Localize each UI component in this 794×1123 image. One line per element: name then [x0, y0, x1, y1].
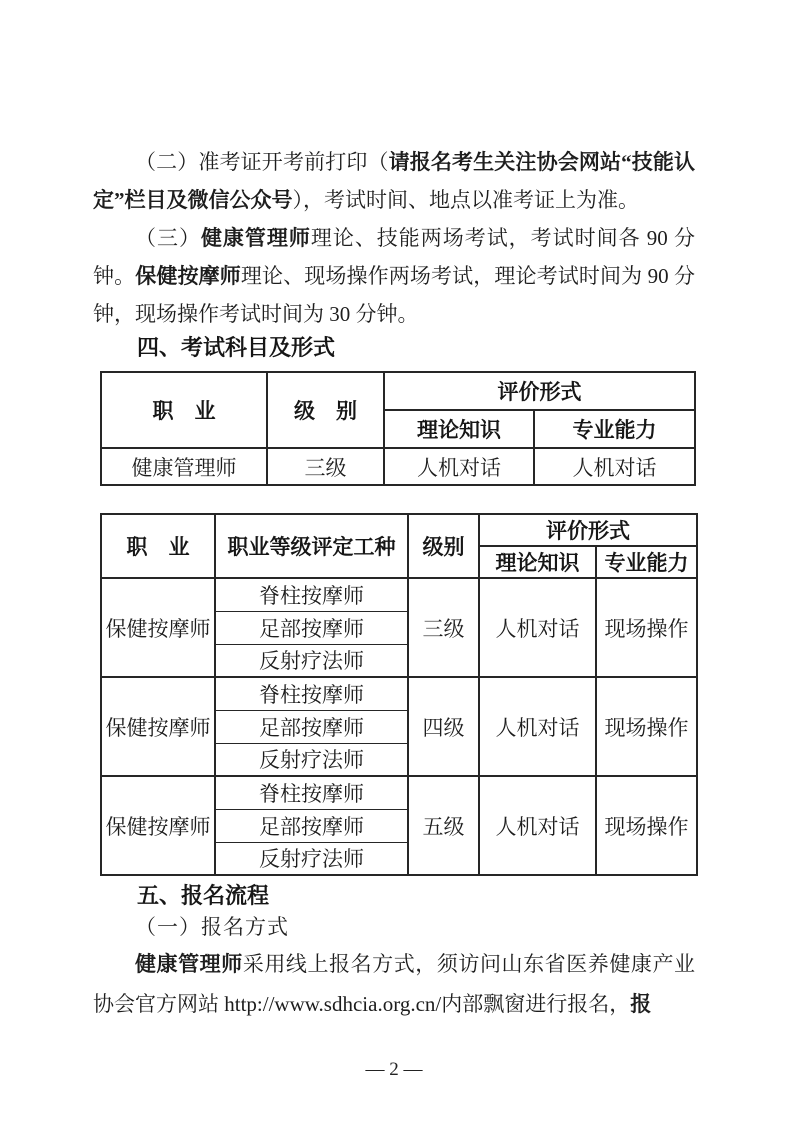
section4-heading: 四、考试科目及形式 [93, 333, 695, 363]
paragraph-text: （二）准考证开考前打印（ [135, 150, 389, 174]
table1-header-occupation: 职 业 [101, 372, 267, 448]
skill-cell: 现场操作 [596, 677, 697, 776]
occupation-cell: 保健按摩师 [101, 776, 215, 875]
section5-heading: 五、报名流程 [93, 882, 695, 910]
paragraph-bold-text: 健康管理师 [201, 226, 311, 250]
theory-cell: 人机对话 [479, 578, 596, 677]
trade-cell: 足部按摩师 [215, 710, 408, 743]
table2-header-theory: 理论知识 [479, 546, 596, 578]
theory-cell: 人机对话 [384, 448, 534, 485]
table2-header-occupation: 职 业 [101, 514, 215, 578]
trade-cell: 脊柱按摩师 [215, 578, 408, 611]
paragraph-admission-ticket: （二）准考证开考前打印（请报名考生关注协会网站“技能认定”栏目及微信公众号），考… [93, 143, 695, 219]
level-cell: 三级 [408, 578, 479, 677]
trade-cell: 反射疗法师 [215, 842, 408, 875]
paragraph-text: ），考试时间、地点以准考证上为准。 [293, 188, 640, 212]
trade-cell: 足部按摩师 [215, 611, 408, 644]
occupation-cell: 保健按摩师 [101, 677, 215, 776]
trade-cell: 脊柱按摩师 [215, 776, 408, 809]
paragraph-bold-text: 健康管理师 [135, 952, 243, 976]
skill-cell: 人机对话 [534, 448, 695, 485]
skill-cell: 现场操作 [596, 776, 697, 875]
occupation-cell: 保健按摩师 [101, 578, 215, 677]
trade-cell: 足部按摩师 [215, 809, 408, 842]
skill-cell: 现场操作 [596, 578, 697, 677]
registration-paragraph: 健康管理师采用线上报名方式，须访问山东省医养健康产业协会官方网站 http://… [93, 944, 695, 1024]
exam-subjects-table: 职 业 级 别 评价形式 理论知识 专业能力 健康管理师 三级 人机对话 人机对… [100, 371, 696, 486]
document-page: （二）准考证开考前打印（请报名考生关注协会网站“技能认定”栏目及微信公众号），考… [0, 0, 794, 1123]
trade-cell: 反射疗法师 [215, 743, 408, 776]
paragraph-exam-duration: （三）健康管理师理论、技能两场考试，考试时间各 90 分钟。保健按摩师理论、现场… [93, 219, 695, 333]
occupation-cell: 健康管理师 [101, 448, 267, 485]
theory-cell: 人机对话 [479, 677, 596, 776]
table2-header-level: 级别 [408, 514, 479, 578]
paragraph-bold-text: 报 [630, 992, 651, 1016]
level-cell: 五级 [408, 776, 479, 875]
table1-header-level: 级 别 [267, 372, 384, 448]
section5-subheading: （一）报名方式 [93, 910, 695, 944]
table2-header-skill: 专业能力 [596, 546, 697, 578]
table1-header-skill: 专业能力 [534, 410, 695, 448]
table2-header-evaluation: 评价形式 [479, 514, 697, 546]
level-cell: 四级 [408, 677, 479, 776]
paragraph-bold-text: 保健按摩师 [135, 264, 241, 288]
page-number: — 2 — [93, 1060, 695, 1080]
level-cell: 三级 [267, 448, 384, 485]
trade-cell: 脊柱按摩师 [215, 677, 408, 710]
table1-header-evaluation: 评价形式 [384, 372, 695, 410]
massage-levels-table: 职 业 职业等级评定工种 级别 评价形式 理论知识 专业能力 保健按摩师 脊柱按… [100, 513, 698, 876]
theory-cell: 人机对话 [479, 776, 596, 875]
table2-header-trade: 职业等级评定工种 [215, 514, 408, 578]
paragraph-text: （三） [135, 226, 201, 250]
trade-cell: 反射疗法师 [215, 644, 408, 677]
table1-header-theory: 理论知识 [384, 410, 534, 448]
